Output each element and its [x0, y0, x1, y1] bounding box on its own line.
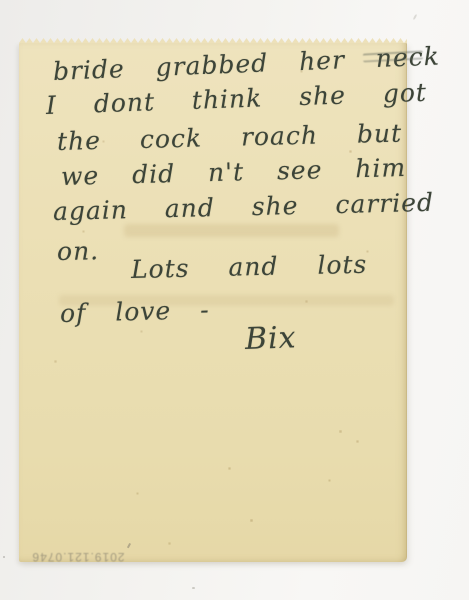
- accession-number: 2019.121.0746: [19, 546, 137, 564]
- closing-line: of love -: [60, 297, 210, 326]
- scan-background: bride grabbed her neck I dont think she …: [0, 0, 469, 600]
- handwriting-line: the cock roach but: [57, 121, 403, 154]
- background-speck: [192, 587, 195, 589]
- show-through-stain: [124, 224, 339, 237]
- handwriting-line: on.: [57, 238, 100, 264]
- handwriting-line: bride grabbed her neck: [52, 43, 440, 84]
- handwriting-line: again and she carried: [53, 190, 435, 224]
- handwriting-line: we did n't see him: [61, 155, 407, 189]
- handwriting-line: I dont think she got: [46, 80, 428, 118]
- closing-line: Lots and lots: [131, 252, 368, 282]
- signature: Bix: [244, 323, 297, 355]
- paper-speckles: [19, 43, 20, 44]
- serrated-torn-edge: [19, 38, 407, 43]
- letter-paper: bride grabbed her neck I dont think she …: [19, 43, 407, 562]
- background-speck: [3, 556, 5, 558]
- background-speck: [413, 14, 418, 20]
